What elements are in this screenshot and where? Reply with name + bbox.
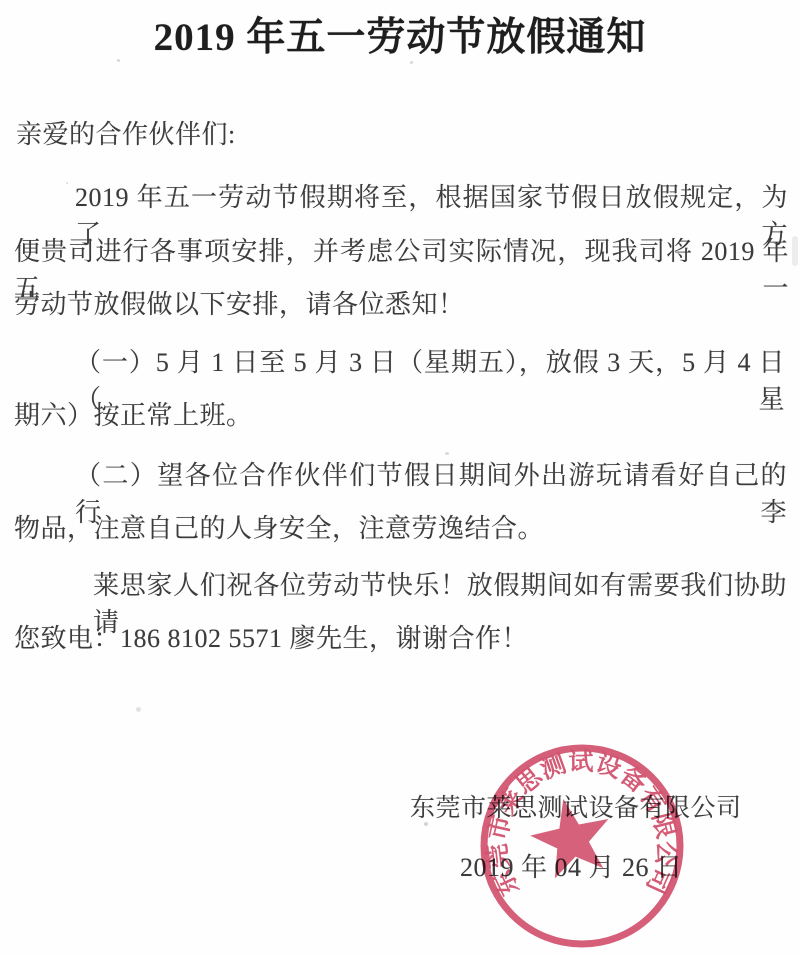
holiday-notice-document: 2019 年五一劳动节放假通知 亲爱的合作伙伴们: 2019 年五一劳动节假期将… (0, 0, 800, 955)
scan-speck (117, 59, 120, 62)
paragraph-2-line-2: 期六）按正常上班。 (14, 395, 253, 432)
document-title: 2019 年五一劳动节放假通知 (0, 6, 800, 62)
scan-speck (424, 822, 428, 826)
scan-speck (136, 707, 141, 712)
scan-speck (445, 452, 449, 455)
seal-star-icon (530, 799, 608, 879)
paragraph-3-line-2: 物品，注意自己的人身安全，注意劳逸结合。 (14, 508, 544, 545)
company-seal-stamp: 东莞市莱思测试设备有限公司 (465, 729, 699, 955)
scan-speck (66, 182, 68, 184)
scan-speck (410, 61, 413, 64)
paragraph-4-line-2: 您致电：186 8102 5571 廖先生，谢谢合作！ (14, 618, 528, 655)
scan-smudge (792, 236, 798, 266)
paragraph-1-line-3: 劳动节放假做以下安排，请各位悉知！ (14, 284, 465, 321)
salutation: 亲爱的合作伙伴们: (16, 114, 236, 151)
